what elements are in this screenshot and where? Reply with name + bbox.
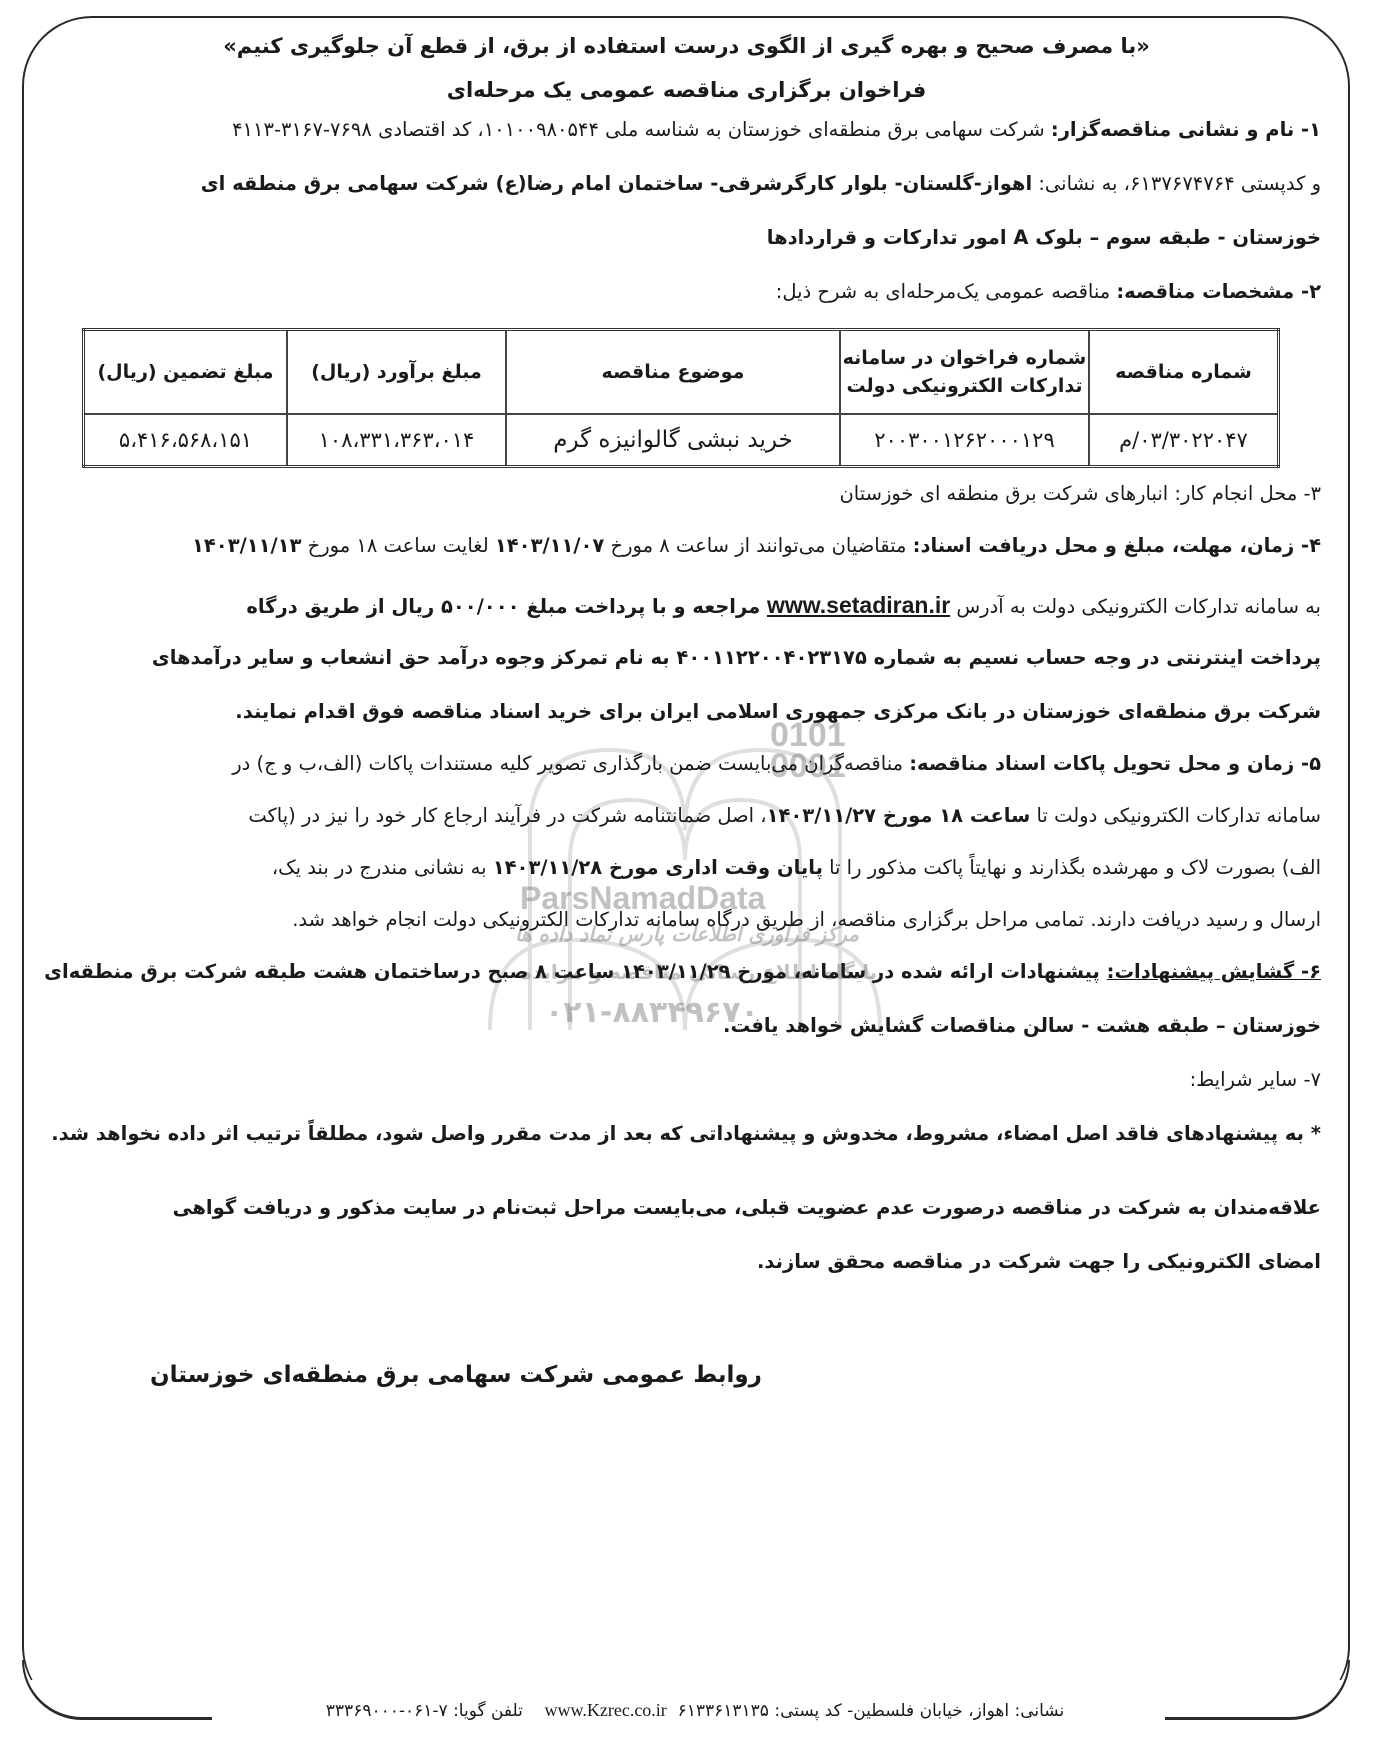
section-5-label: ۵- زمان و محل تحویل پاکات اسناد مناقصه:: [909, 752, 1321, 775]
section-5-text-c: الف) بصورت لاک و مهرشده بگذارند و نهایتا…: [823, 856, 1321, 879]
section-4-text-a: متقاضیان می‌توانند از ساعت ۸ مورخ: [604, 534, 912, 557]
setadiran-link[interactable]: www.setadiran.ir: [767, 592, 950, 618]
section-2-text: مناقصه عمومی یک‌مرحله‌ای به شرح ذیل:: [776, 280, 1117, 303]
slogan: «با مصرف صحیح و بهره گیری از الگوی درست …: [0, 34, 1373, 58]
footer-website-link[interactable]: www.Kzrec.co.ir: [545, 1700, 667, 1720]
col-call-no: شماره فراخوان در سامانه تدارکات الکترونی…: [840, 330, 1089, 415]
table-row: ۰۳/۳۰۲۲۰۴۷/م ۲۰۰۳۰۰۱۲۶۲۰۰۰۱۲۹ خرید نبشی …: [84, 414, 1279, 467]
date-start: ۱۴۰۳/۱۱/۰۷: [495, 534, 604, 557]
col-subject: موضوع مناقصه: [506, 330, 840, 415]
section-1-text: شرکت سهامی برق منطقه‌ای خوزستان به شناسه…: [232, 118, 1051, 141]
note-line-2: امضای الکترونیکی را جهت شرکت در مناقصه م…: [90, 1250, 1321, 1273]
section-1-line-1: ۱- نام و نشانی مناقصه‌گزار: شرکت سهامی ب…: [90, 118, 1321, 141]
section-7-item-1: * به پیشنهادهای فاقد اصل امضاء، مشروط، م…: [90, 1122, 1321, 1145]
frame-corner-bottom-left: [22, 1660, 212, 1720]
section-5-text-d: به نشانی مندرج در بند یک،: [272, 856, 493, 879]
note-line-1: علاقه‌مندان به شرکت در مناقصه درصورت عدم…: [90, 1196, 1321, 1219]
section-5-text-b: ، اصل ضمانتنامه شرکت در فرآیند ارجاع کار…: [248, 804, 766, 827]
section-2-line: ۲- مشخصات مناقصه: مناقصه عمومی یک‌مرحله‌…: [90, 280, 1321, 303]
section-5-line-3: الف) بصورت لاک و مهرشده بگذارند و نهایتا…: [90, 856, 1321, 879]
section-4-text-c: به سامانه تدارکات الکترونیکی دولت به آدر…: [950, 595, 1321, 618]
section-5-line-2: سامانه تدارکات الکترونیکی دولت تا ساعت ۱…: [90, 804, 1321, 827]
date-end: ۱۴۰۳/۱۱/۱۳: [192, 534, 301, 557]
section-5-text: مناقصه‌گران می‌بایست ضمن بارگذاری تصویر …: [232, 752, 909, 775]
section-1-label: ۱- نام و نشانی مناقصه‌گزار:: [1051, 118, 1321, 141]
col-tender-no: شماره مناقصه: [1089, 330, 1279, 415]
section-4-line-4: شرکت برق منطقه‌ای خوزستان در بانک مرکزی …: [90, 700, 1321, 723]
cell-estimate: ۱۰۸،۳۳۱،۳۶۳،۰۱۴: [287, 414, 506, 467]
section-6-line-2: خوزستان – طبقه هشت - سالن مناقصات گشایش …: [90, 1014, 1321, 1037]
section-6-line-1: ۶- گشایش پیشنهادات: پیشنهادات ارائه شده …: [90, 960, 1321, 983]
section-5-line-4: ارسال و رسید دریافت دارند. تمامی مراحل ب…: [90, 908, 1321, 931]
section-2-label: ۲- مشخصات مناقصه:: [1116, 280, 1321, 303]
cell-call-no: ۲۰۰۳۰۰۱۲۶۲۰۰۰۱۲۹: [840, 414, 1089, 467]
section-5-text-a: سامانه تدارکات الکترونیکی دولت تا: [1030, 804, 1321, 827]
section-6-text-b: درساختمان هشت طبقه شرکت برق منطقه‌ای: [44, 960, 487, 983]
postal-code-text: و کدپستی ۶۱۳۷۶۷۴۷۶۴، به نشانی:: [1032, 172, 1321, 195]
address-text: اهواز-گلستان- بلوار کارگرشرقی- ساختمان ا…: [201, 172, 1032, 195]
section-6-text-a: پیشنهادات ارائه شده در سامانه،: [787, 960, 1107, 983]
physical-deadline: پایان وقت اداری مورخ ۱۴۰۳/۱۱/۲۸: [493, 856, 823, 879]
cell-tender-no: ۰۳/۳۰۲۲۰۴۷/م: [1089, 414, 1279, 467]
opening-time: مورخ ۱۴۰۳/۱۱/۲۹ ساعت ۸ صبح: [488, 960, 787, 983]
cell-subject: خرید نبشی گالوانیزه گرم: [506, 414, 840, 467]
cell-guarantee: ۵،۴۱۶،۵۶۸،۱۵۱: [84, 414, 288, 467]
upload-deadline: ساعت ۱۸ مورخ ۱۴۰۳/۱۱/۲۷: [767, 804, 1031, 827]
page-title: فراخوان برگزاری مناقصه عمومی یک مرحله‌ای: [0, 78, 1373, 102]
section-4-line-2: به سامانه تدارکات الکترونیکی دولت به آدر…: [90, 592, 1321, 620]
section-4-line-3: پرداخت اینترنتی در وجه حساب نسیم به شمار…: [90, 646, 1321, 669]
footer-phone: تلفن گویا: ۷-۰۶۱-۳۳۳۶۹۰۰۰: [326, 1701, 523, 1721]
footer-address: نشانی: اهواز، خیابان فلسطین- کد پستی: ۶۱…: [678, 1701, 1065, 1721]
footer: نشانی: اهواز، خیابان فلسطین- کد پستی: ۶۱…: [230, 1700, 1160, 1721]
tender-table: شماره مناقصه شماره فراخوان در سامانه تدا…: [82, 328, 1280, 468]
section-6-label: ۶- گشایش پیشنهادات:: [1107, 960, 1321, 983]
section-1-line-2: و کدپستی ۶۱۳۷۶۷۴۷۶۴، به نشانی: اهواز-گلس…: [90, 172, 1321, 195]
section-1-line-3: خوزستان - طبقه سوم – بلوک A امور تدارکات…: [90, 226, 1321, 249]
col-estimate: مبلغ برآورد (ریال): [287, 330, 506, 415]
signature: روابط عمومی شرکت سهامی برق منطقه‌ای خوزس…: [150, 1362, 762, 1388]
col-guarantee: مبلغ تضمین (ریال): [84, 330, 288, 415]
section-5-line-1: ۵- زمان و محل تحویل پاکات اسناد مناقصه: …: [90, 752, 1321, 775]
table-header-row: شماره مناقصه شماره فراخوان در سامانه تدا…: [84, 330, 1279, 415]
section-3-line: ۳- محل انجام کار: انبارهای شرکت برق منطق…: [90, 482, 1321, 505]
section-3-label: ۳- محل انجام کار:: [1174, 482, 1321, 505]
section-3-text: انبارهای شرکت برق منطقه ای خوزستان: [839, 482, 1174, 505]
section-4-label: ۴- زمان، مهلت، مبلغ و محل دریافت اسناد:: [913, 534, 1321, 557]
section-4-text-b: لغایت ساعت ۱۸ مورخ: [301, 534, 494, 557]
section-4-line-1: ۴- زمان، مهلت، مبلغ و محل دریافت اسناد: …: [90, 534, 1321, 557]
section-7-label: ۷- سایر شرایط:: [90, 1068, 1321, 1091]
fee-text: مراجعه و با پرداخت مبلغ ۵۰۰/۰۰۰ ریال از …: [246, 595, 767, 618]
